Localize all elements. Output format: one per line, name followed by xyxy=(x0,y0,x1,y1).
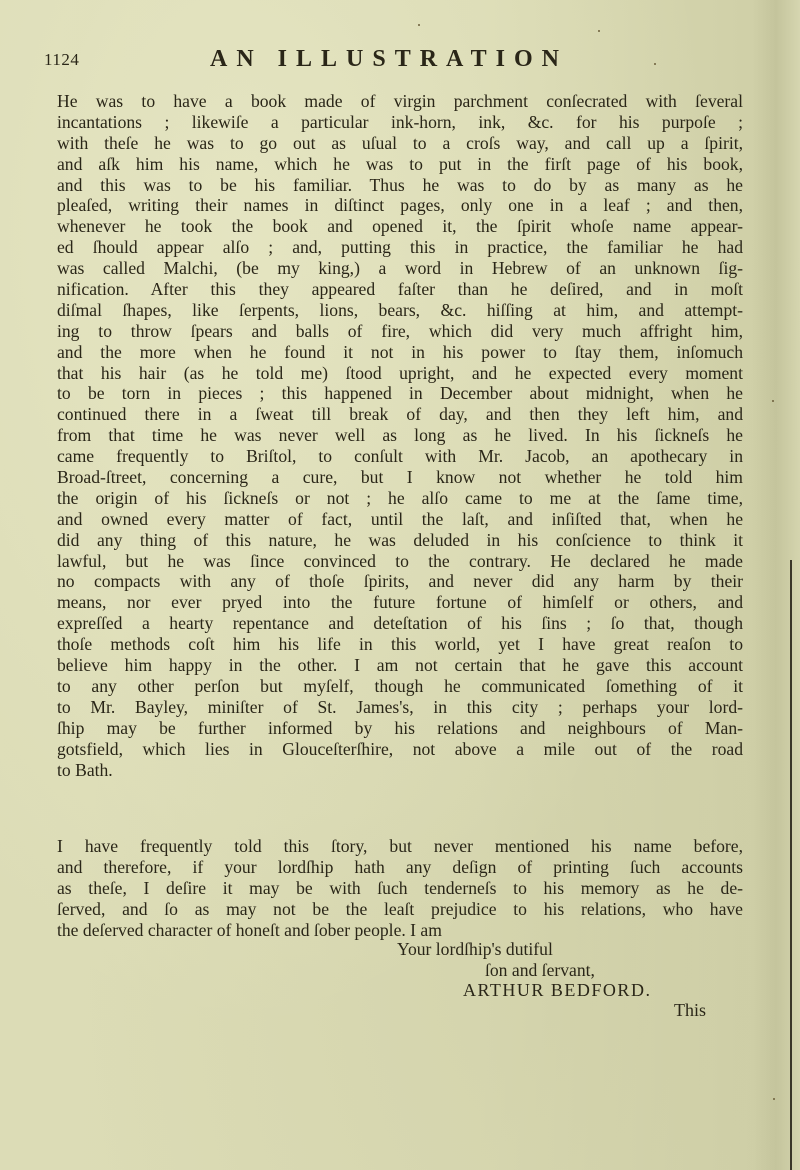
text-line: to Mr. Bayley, miniſter of St. James's, … xyxy=(57,697,743,718)
text-line: gotsfield, which lies in Glouceſterſhire… xyxy=(57,739,743,760)
text-line: and aſk him his name, which he was to pu… xyxy=(57,154,743,175)
text-line: diſmal ſhapes, like ſerpents, lions, bea… xyxy=(57,300,743,321)
text-line: I have frequently told this ſtory, but n… xyxy=(57,836,743,857)
text-line: He was to have a book made of virgin par… xyxy=(57,91,743,112)
text-line: the deſerved character of honeſt and ſob… xyxy=(57,920,743,941)
paper-speck xyxy=(772,400,774,402)
running-title: AN ILLUSTRATION xyxy=(210,46,568,73)
text-line: and the more when he found it not in his… xyxy=(57,342,743,363)
signature-name: ARTHUR BEDFORD. xyxy=(463,980,651,1001)
text-line: as theſe, I deſire it may be with ſuch t… xyxy=(57,878,743,899)
text-line: to any other perſon but myſelf, though h… xyxy=(57,676,743,697)
signature-closing: Your lordſhip's dutiful xyxy=(397,939,553,960)
catchword: This xyxy=(674,1000,706,1021)
paper-speck xyxy=(418,24,420,26)
text-line: ſhip may be further informed by his rela… xyxy=(57,718,743,739)
text-line: whenever he took the book and opened it,… xyxy=(57,216,743,237)
text-line: did any thing of this nature, he was del… xyxy=(57,530,743,551)
text-line: was called Malchi, (be my king,) a word … xyxy=(57,258,743,279)
text-line: and owned every matter of fact, until th… xyxy=(57,509,743,530)
text-line: ed ſhould appear alſo ; and, putting thi… xyxy=(57,237,743,258)
paragraph-2: I have frequently told this ſtory, but n… xyxy=(57,836,743,940)
paper-speck xyxy=(598,30,600,32)
text-line: came frequently to Briſtol, to conſult w… xyxy=(57,446,743,467)
text-line: thoſe methods coſt him his life in this … xyxy=(57,634,743,655)
text-line: continued there in a ſweat till break of… xyxy=(57,404,743,425)
paper-speck xyxy=(773,1098,775,1100)
text-line: expreſſed a hearty repentance and deteſt… xyxy=(57,613,743,634)
text-line: no compacts with any of thoſe ſpirits, a… xyxy=(57,571,743,592)
text-line: nification. After this they appeared faſ… xyxy=(57,279,743,300)
text-line: and this was to be his familiar. Thus he… xyxy=(57,175,743,196)
text-line: ing to throw ſpears and balls of fire, w… xyxy=(57,321,743,342)
text-line: incantations ; likewiſe a particular ink… xyxy=(57,112,743,133)
signature-closing-2: ſon and ſervant, xyxy=(485,960,595,981)
text-line: that his hair (as he told me) ſtood upri… xyxy=(57,363,743,384)
text-line: ſerved, and ſo as may not be the leaſt p… xyxy=(57,899,743,920)
text-line: Broad-ſtreet, concerning a cure, but I k… xyxy=(57,467,743,488)
paragraph-1: He was to have a book made of virgin par… xyxy=(57,91,743,780)
text-line: pleaſed, writing their names in diſtinct… xyxy=(57,195,743,216)
page-edge-shadow xyxy=(790,560,792,1170)
text-line: lawful, but he was ſince convinced to th… xyxy=(57,551,743,572)
text-line: and therefore, if your lordſhip hath any… xyxy=(57,857,743,878)
text-line: the origin of his ſickneſs or not ; he a… xyxy=(57,488,743,509)
page-header: 1124 AN ILLUSTRATION xyxy=(44,50,744,80)
page-number: 1124 xyxy=(44,50,79,70)
text-line: believe him happy in the other. I am not… xyxy=(57,655,743,676)
text-line: to be torn in pieces ; this happened in … xyxy=(57,383,743,404)
text-line: with theſe he was to go out as uſual to … xyxy=(57,133,743,154)
text-line: means, nor ever pryed into the future fo… xyxy=(57,592,743,613)
text-line: from that time he was never well as long… xyxy=(57,425,743,446)
book-page: 1124 AN ILLUSTRATION He was to have a bo… xyxy=(0,0,800,1170)
text-line: to Bath. xyxy=(57,760,743,781)
